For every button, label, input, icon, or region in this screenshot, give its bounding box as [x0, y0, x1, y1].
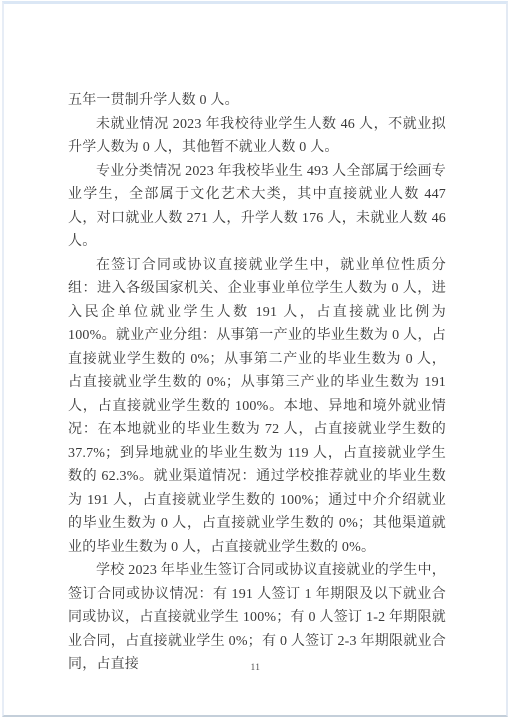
paragraph-employment-groups: 在签订合同或协议直接就业学生中，就业单位性质分组：进入各级国家机关、企业事业单位… — [68, 254, 446, 560]
body-text: 五年一贯制升学人数 0 人。 未就业情况 2023 年我校待业学生人数 46 人… — [68, 89, 446, 677]
paragraph-major-classification: 专业分类情况 2023 年我校毕业生 493 人全部属于绘画专业学生，全部属于文… — [68, 160, 446, 254]
paragraph-contract-status: 学校 2023 年毕业生签订合同或协议直接就业的学生中，签订合同或协议情况：有 … — [68, 559, 446, 677]
paragraph-unemployment-status: 未就业情况 2023 年我校待业学生人数 46 人，不就业拟升学人数为 0 人，… — [68, 113, 446, 160]
document-page: 五年一贯制升学人数 0 人。 未就业情况 2023 年我校待业学生人数 46 人… — [0, 0, 511, 720]
paragraph-continuation: 五年一贯制升学人数 0 人。 — [68, 89, 446, 113]
page-number: 11 — [0, 662, 511, 672]
